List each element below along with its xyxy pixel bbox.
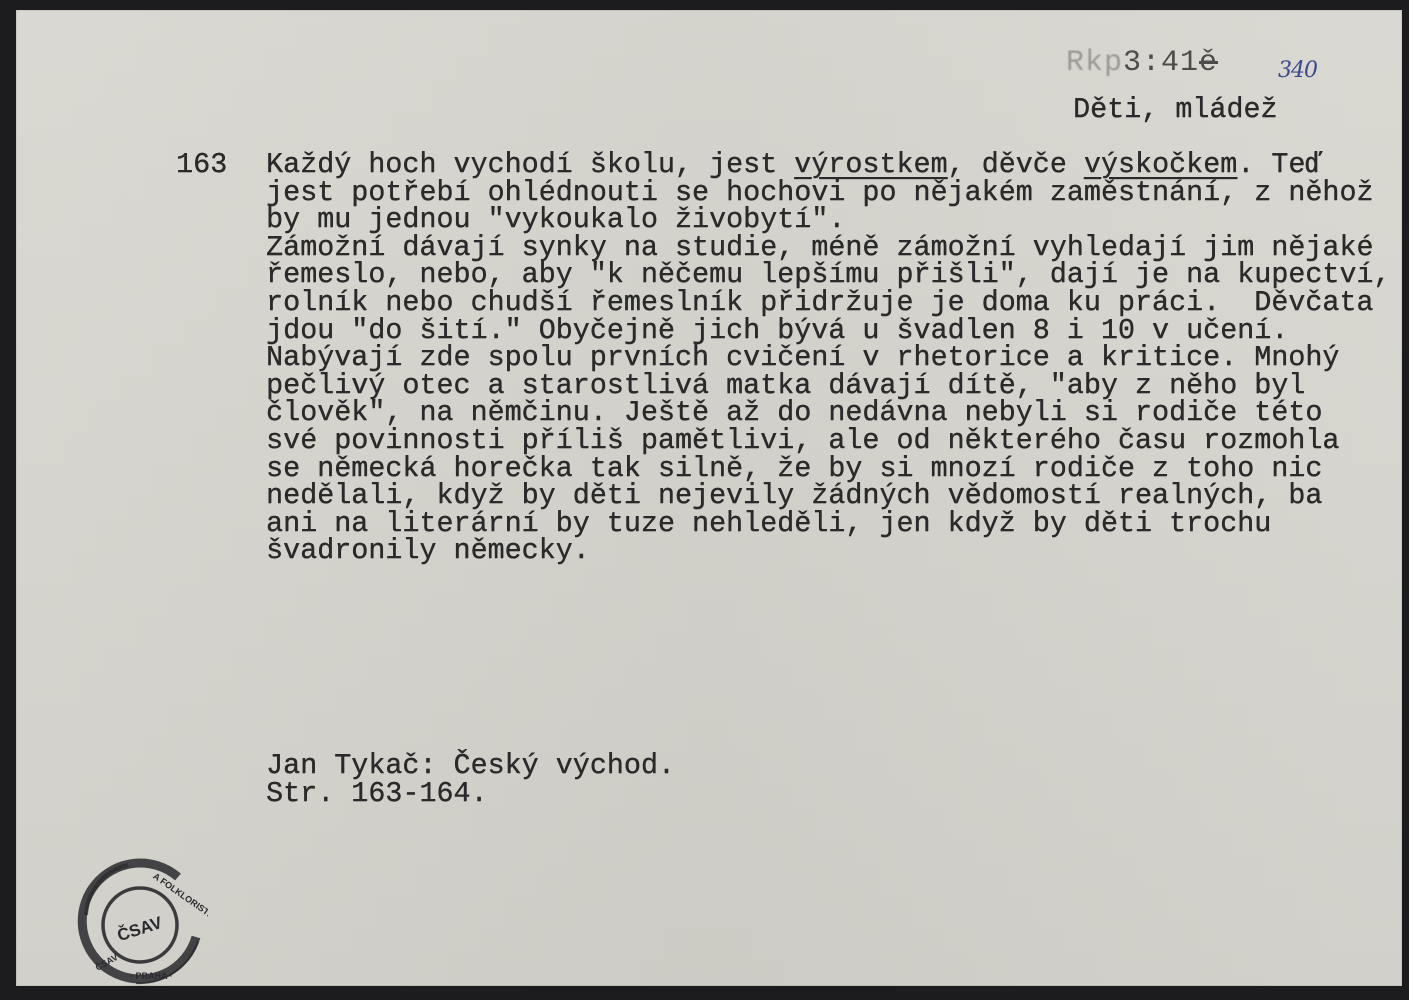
excerpt-line: rolník nebo chudší řemeslník přidržuje j… <box>266 289 1390 317</box>
shelfmark-code: 3:41 <box>1123 46 1199 80</box>
excerpt-line: své povinnosti příliš pamětlivi, ale od … <box>266 427 1390 455</box>
excerpt-line: se německá horečka tak silně, že by si m… <box>266 455 1390 483</box>
excerpt-line: pečlivý otec a starostlivá matka dávají … <box>266 372 1390 400</box>
excerpt-line: nedělali, když by děti nejevily žádných … <box>266 482 1390 510</box>
source-citation: Jan Tykač: Český východ.Str. 163-164. <box>266 752 675 807</box>
handwritten-number: 340 <box>1278 58 1317 83</box>
excerpt-line: ani na literární by tuze nehleděli, jen … <box>266 510 1390 538</box>
text-segment: švadronily německy. <box>266 534 590 567</box>
excerpt-line: by mu jednou "vykoukalo živobytí". <box>266 206 1390 234</box>
excerpt-line: řemeslo, nebo, aby "k něčemu lepšímu při… <box>266 261 1390 289</box>
svg-text:· PRAHA ·: · PRAHA · <box>130 971 173 981</box>
shelfmark: Rkp3:41ě <box>1066 46 1218 80</box>
archive-stamp-icon: ČSAV A FOLKLORISTIKY ČSAV · PRAHA · <box>68 855 208 985</box>
excerpt-line: Každý hoch vychodí školu, jest výrostkem… <box>266 151 1390 179</box>
excerpt-line: švadronily německy. <box>266 537 1390 565</box>
index-card: Rkp3:41ě 340 Děti, mládež 163 Každý hoch… <box>16 10 1402 986</box>
source-pages: Str. 163-164. <box>266 780 675 808</box>
excerpt-line: jest potřebí ohlédnouti se hochovi po ně… <box>266 179 1390 207</box>
shelfmark-struck-char: ě <box>1199 46 1218 80</box>
source-title: Jan Tykač: Český východ. <box>266 752 675 780</box>
excerpt-paragraph: Každý hoch vychodí školu, jest výrostkem… <box>266 151 1390 565</box>
entry-number: 163 <box>176 151 227 179</box>
excerpt-line: Zámožní dávají synky na studie, méně zám… <box>266 234 1390 262</box>
excerpt-line: jdou "do šití." Obyčejně jich bývá u šva… <box>266 317 1390 345</box>
shelfmark-prefix: Rkp <box>1066 46 1123 80</box>
stamp-center-text: ČSAV <box>115 913 165 945</box>
excerpt-line: člověk", na němčinu. Ještě až do nedávna… <box>266 399 1390 427</box>
excerpt-line: Nabývají zde spolu prvních cvičení v rhe… <box>266 344 1390 372</box>
category-heading: Děti, mládež <box>1073 96 1277 124</box>
